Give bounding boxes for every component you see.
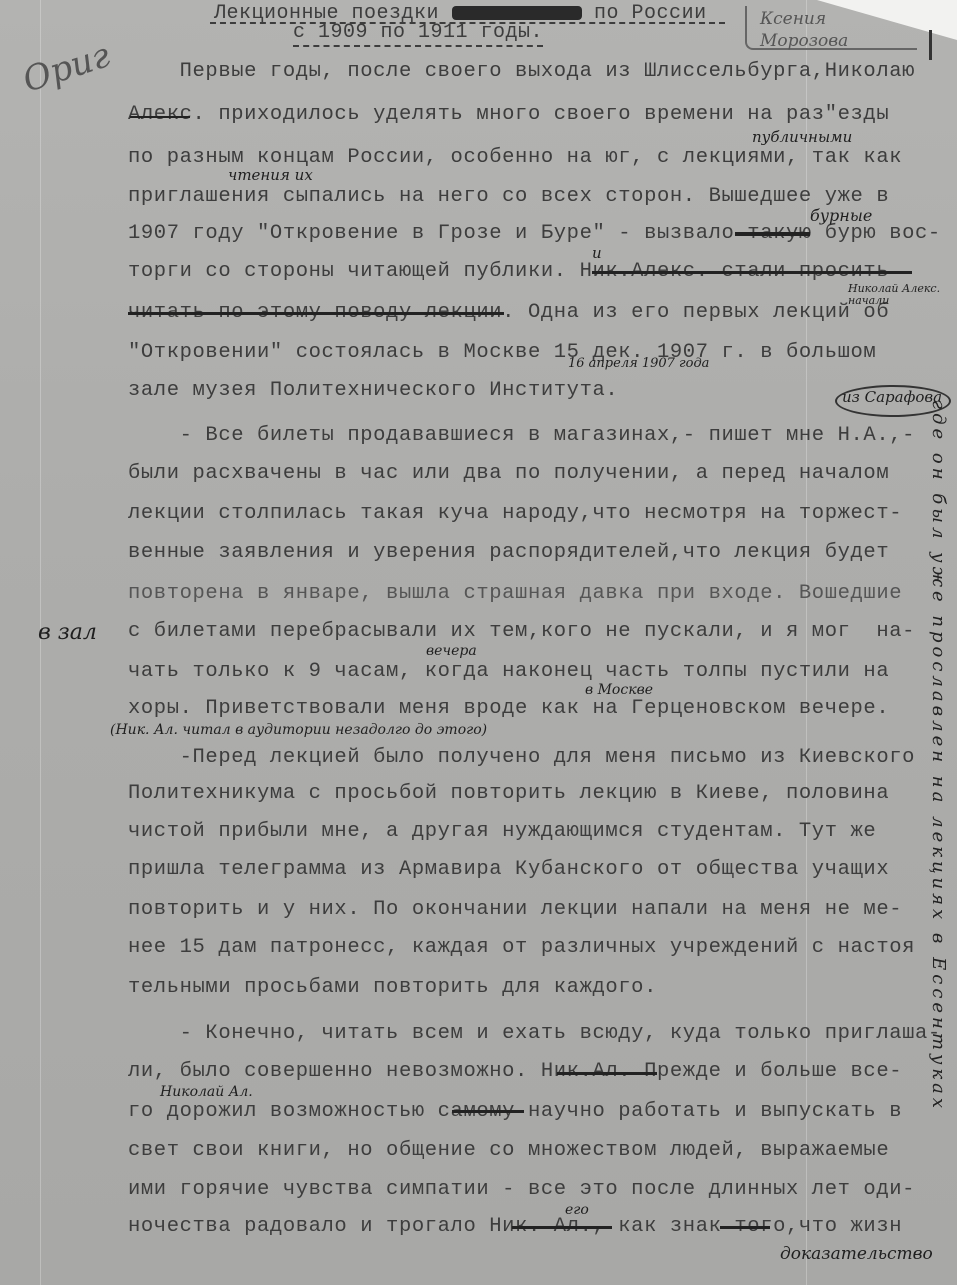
handwritten-insert: бурные — [810, 206, 872, 225]
text-line: чать только к 9 часам, когда наконец час… — [128, 660, 889, 683]
text-line-faded: повторена в январе, вышла страшная давка… — [128, 582, 902, 605]
text-line: приглашения сыпались на него со всех сто… — [128, 185, 889, 208]
text-line: нее 15 дам патронесс, каждая от различны… — [128, 936, 915, 959]
text-line: Политехникума с просьбой повторить лекци… — [128, 782, 889, 805]
handwritten-insert: Николай Ал. — [160, 1084, 253, 1100]
text-line: - Все билеты продававшиеся в магазинах,-… — [128, 424, 915, 447]
text-line: были расхвачены в час или два по получен… — [128, 462, 889, 485]
handwritten-insert: чтения их — [228, 166, 313, 184]
text-line: лекции столпилась такая куча народу,что … — [128, 502, 902, 525]
handwritten-note: доказательство — [780, 1244, 933, 1264]
strikethrough — [128, 312, 504, 315]
handwritten-margin-note: Ориг — [18, 35, 115, 100]
handwritten-date-correction: 16 апреля 1907 года — [568, 356, 709, 371]
handwritten-insert: публичными — [752, 128, 852, 146]
strikethrough — [130, 116, 190, 118]
handwritten-corner-note: Ксения Морозова — [760, 8, 910, 52]
handwritten-insert: Николай Алекс. начали — [848, 283, 948, 307]
text-line: венные заявления и уверения распорядител… — [128, 541, 889, 564]
handwritten-margin-note: в зал — [38, 620, 97, 645]
text-line: с билетами перебрасывали их тем,кого не … — [128, 620, 915, 643]
text-line: "Откровении" состоялась в Москве 15 дек.… — [128, 341, 876, 364]
text-line: Первые годы, после своего выхода из Шлис… — [128, 60, 915, 83]
text-line: хоры. Приветствовали меня вроде как на Г… — [128, 697, 889, 720]
redacted-word — [452, 6, 582, 20]
text-line: ими горячие чувства симпатии - все это п… — [128, 1178, 915, 1201]
text-line: свет свои книги, но общение со множество… — [128, 1139, 889, 1162]
handwritten-vertical-margin-note: где он был уже прославлен на лекциях в Е… — [928, 400, 949, 1270]
strikethrough — [557, 1072, 657, 1075]
text-line: ли, было совершенно невозможно. Ник.Ал. … — [128, 1060, 902, 1083]
title-years: с 1909 по 1911 годы. — [293, 21, 543, 47]
margin-mark — [929, 30, 932, 60]
handwritten-insert: (Ник. Ал. читал в аудитории незадолго до… — [110, 722, 487, 738]
handwritten-insert: его — [565, 1202, 589, 1218]
handwritten-insert: вечера — [426, 643, 477, 659]
strikethrough — [512, 1226, 612, 1229]
text-line: - Конечно, читать всем и ехать всюду, ку… — [128, 1022, 941, 1045]
scanned-page: Лекционные поездки по России с 1909 по 1… — [0, 0, 957, 1285]
text-line: чистой прибыли мне, а другая нуждающимся… — [128, 820, 876, 843]
text-line: 1907 году "Откровение в Грозе и Буре" - … — [128, 222, 941, 245]
text-line: зале музея Политехнического Института. — [128, 379, 618, 402]
text-line: тельными просьбами повторить для каждого… — [128, 976, 657, 999]
handwritten-insert: в Москве — [585, 682, 653, 698]
text-line: пришла телеграмма из Армавира Кубанского… — [128, 858, 889, 881]
text-line: Алекс. приходилось уделять много своего … — [128, 103, 889, 126]
text-line: -Перед лекцией было получено для меня пи… — [128, 746, 915, 769]
text-line: повторить и у них. По окончании лекции н… — [128, 898, 902, 921]
strikethrough — [592, 271, 912, 274]
strikethrough — [735, 232, 810, 236]
title-line-2: с 1909 по 1911 годы. — [293, 21, 543, 44]
strikethrough — [720, 1226, 770, 1229]
strikethrough — [452, 1110, 524, 1113]
handwritten-insert: и — [592, 244, 602, 262]
